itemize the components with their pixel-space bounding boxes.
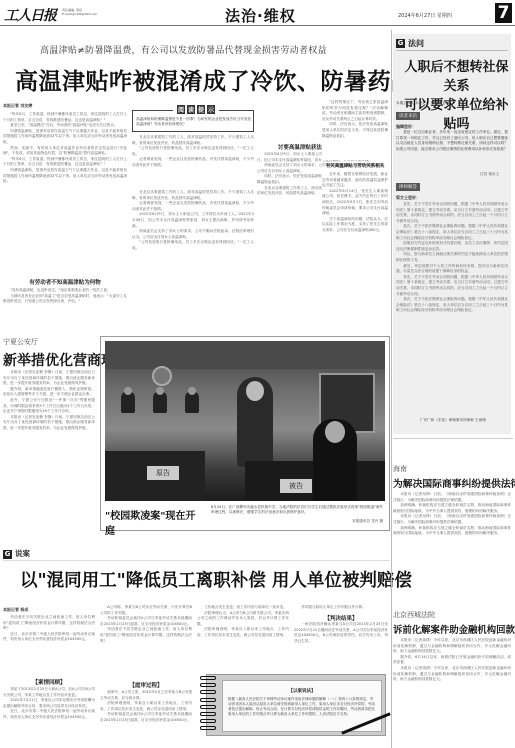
lead-col2: 在北京从事建筑工作的工人，面对高温依然坚持工作。不少建筑工人反映，有的单位发放冷…	[132, 135, 254, 189]
section-g-icon: G	[396, 39, 405, 48]
beijing-region: 北京西城法院	[393, 610, 435, 620]
notebook-text: 根据《最高人民法院关于审理劳动争议案件适用法律问题的解释（一）》第四十六条的规定…	[228, 697, 376, 727]
hainan-body: 本报讯（记者吴琦）日前，《海南自由贸易港国际商事仲裁条例》正式施行，为解决国际商…	[393, 492, 511, 604]
reader-letter-body: 我是一位自由职业者，多年来一直没有固定的工作单位。最近，我打算找一份固定工作，并…	[396, 130, 508, 168]
case-col4: 一审法院判决确认李某与A公司自2013年2月25日至2022年7月21日期间存在…	[294, 622, 388, 662]
court-emblem-icon	[152, 366, 172, 386]
reading-tip-text: 高温津贴和防暑降温费是不是一回事？为何有的企业把发放冷饮当作发放高温津贴？劳动者…	[136, 117, 252, 127]
case-col1: 劳动者在不同关联企业之间轮流工作，用人单位利用"混同用工"降低经济补偿金计算年限…	[3, 615, 95, 645]
case-col2-subhead: 【庭审过程】	[100, 681, 192, 689]
newspaper-logo: 工人日报	[4, 5, 56, 25]
fawen-byline: 本期主持人 本报记者 柳姗姗 彭冰	[396, 101, 450, 106]
issue-date: 2024年6月27日 星期四	[398, 12, 452, 19]
page-number: 7	[492, 3, 512, 23]
photo-feature: 原告 被告 "校园欺凌案"现在开庭 6月24日，在广西柳州市融水县民族中学，当地…	[100, 336, 390, 531]
plaintiff-sign: 原告	[147, 466, 179, 480]
case-col1-subhead: 【案情回顾】	[3, 678, 95, 686]
lead-byline: 本报记者 刘友婷	[3, 103, 32, 109]
case-col4-subhead: 【判决结果】	[294, 614, 388, 622]
case-analysis-notebook: 【以案说法】 根据《最高人民法院关于审理劳动争议案件适用法律问题的解释（一）》第…	[200, 672, 390, 744]
lawyer-answer-tag: 律师解答	[396, 183, 420, 191]
reading-tip-label: 阅读提示	[173, 105, 219, 114]
lead-col4: "这样的情况下，劳动者主张高温津贴的时效为何没有超过呢？"法官解释说，劳动者在职…	[322, 100, 388, 160]
case-col1-cont: 李某于2013年2月25日入职A公司，后A公司与B公司为关联公司，李某工作地点及…	[3, 687, 95, 747]
section-title: 法治·维权	[225, 5, 296, 26]
beijing-headline: 诉前化解案件助金融机构回款数亿元	[393, 622, 513, 636]
ningxia-body: 本报讯（记者吴亚楠 李静）日前，宁夏回族自治区公安厅出台了优化营商环境的若干措施…	[3, 370, 95, 532]
editor-info: 责任编编: 周密 E-mail:grrbfz@163.com	[62, 8, 97, 16]
lead-col1-cont: "没有高温津贴，也没听说过。"南京某制造企业的一线员工说。 当被问及所在企业的"…	[3, 288, 127, 328]
fawen-headline: 人职后不想转社保关系 可以要求单位给补贴吗	[404, 58, 509, 134]
case-col4-top: 作年限与原用人单位工作年限合并计算。	[294, 605, 388, 613]
fawen-label: G法问	[396, 38, 424, 49]
defendant-sign: 被告	[280, 479, 312, 493]
photo-caption: 6月24日，在广西柳州市融水县民族中学，当地法院的法官们与学生们通过模拟法庭形式…	[211, 505, 383, 515]
case-col3: 工作地点发生变更，但工作内容与原单位一致未变。 法院审理认为，A公司与B公司系关…	[197, 605, 289, 665]
answer-greeting: 梁女士您好：	[396, 195, 420, 201]
lead-kicker: 高温津贴≠防暑降温费，有公司以发放防暑品代替现金损害劳动者权益	[40, 43, 327, 56]
spiral-binding-icon	[200, 676, 218, 736]
hainan-headline: 为解决国际商事纠纷提供法律依据	[393, 476, 513, 490]
courtroom-photo: 原告 被告	[105, 341, 385, 501]
photo-title: "校园欺凌案"现在开庭	[105, 507, 205, 537]
photo-credit: 本报通讯员 龙丹 摄	[352, 519, 383, 524]
ningxia-region: 宁夏公安厅	[3, 337, 38, 347]
lawyer-answer-body: 首先，关于不签订劳动合同的问题，根据《中华人民共和国劳动合同法》第十条规定，建立…	[396, 202, 508, 412]
lead-col1-subhead: 有劳动者不知高温津贴为何物	[3, 278, 127, 286]
reading-tip-box: 阅读提示 高温津贴和防暑降温费是不是一回事？为何有的企业把发放冷饮当作发放高温津…	[132, 110, 254, 132]
lead-col4-subhead: 有关高温津贴与劳动关系相关	[322, 163, 388, 169]
case-section-label: G说案	[3, 548, 30, 559]
beijing-body: 本报讯（记者周倩）今年以来，北京市西城区人民法院创新金融纠纷诉前化解机制，通过与…	[393, 638, 511, 746]
lead-col1: "每年6月，工作装湿、热到中暑都快成员工常态，家住昆明的工人打开上个月的工资单，…	[3, 112, 127, 264]
lead-col4-body: 近年来，随着互联网经济发展，新业态劳动者越来越多，他们的高温权益保护也引起了关注…	[322, 172, 388, 332]
notebook-title: 【以案说法】	[222, 688, 382, 694]
letter-signoff: 江苏 梁女士	[480, 172, 499, 177]
hainan-region: 海南	[393, 464, 407, 474]
lead-headline: 高温津贴咋被混淆成了冷饮、防暑药品	[15, 63, 415, 96]
case-byline: 本报记者 杨成	[3, 607, 28, 613]
masthead: 工人日报 责任编编: 周密 E-mail:grrbfz@163.com 法治·维…	[0, 0, 515, 26]
section-g-icon: G	[3, 550, 12, 559]
lead-col2-body: 在北京从事建筑工作的工人，面对高温依然坚持工作。不少建筑工人反映，有的单位发放冷…	[132, 190, 254, 330]
case-col2-cont: 庭审中，A公司主张，2015年5月之后李某与B公司建立劳动关系，应分段计算。 法…	[100, 690, 192, 748]
reader-letter-tag: 读者来信	[396, 112, 420, 120]
answer-signoff: 广东广和（东莞）律师事务所律师 王雨萌	[420, 418, 486, 423]
case-headline: 以"混同用工"降低员工离职补偿 用人单位被判赔偿	[20, 567, 412, 592]
case-col2: A公司称，李某与B公司存在劳动关系，只应计算在B公司的工作年限。 劳动仲裁委员会…	[100, 605, 192, 675]
